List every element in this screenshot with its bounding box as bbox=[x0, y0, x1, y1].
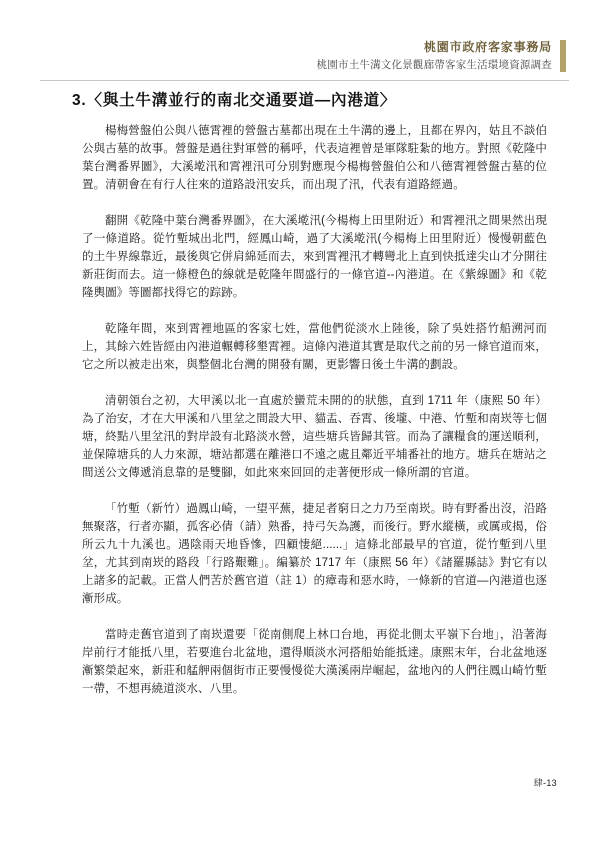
header-subtitle: 桃園市土牛溝文化景觀廊帶客家生活環境資源調查 bbox=[317, 58, 552, 72]
header-text-block: 桃園市政府客家事務局 桃園市土牛溝文化景觀廊帶客家生活環境資源調查 bbox=[317, 40, 552, 72]
body-paragraph: 翻開《乾隆中葉台灣番界圖》，在大溪墘汛(今楊梅上田里附近）和霄裡汛之間果然出現了… bbox=[82, 212, 547, 302]
body-paragraph: 「竹塹（新竹）過鳳山崎，一望平蕪，捷足者窮日之力乃至南崁。時有野番出沒，沿路無聚… bbox=[82, 500, 547, 608]
page-title: 3.〈與土牛溝並行的南北交通要道—內港道〉 bbox=[72, 88, 396, 110]
header-org: 桃園市政府客家事務局 bbox=[317, 40, 552, 55]
header-divider bbox=[40, 80, 569, 81]
page-number: 肆-13 bbox=[0, 776, 557, 789]
page-header: 桃園市政府客家事務局 桃園市土牛溝文化景觀廊帶客家生活環境資源調查 bbox=[317, 40, 566, 72]
header-accent-bar bbox=[560, 40, 566, 72]
body-paragraph: 清朝領台之初，大甲溪以北一直處於蠻荒未開的的狀態，直到 1711 年（康熙 50… bbox=[82, 392, 547, 482]
body-text: 楊梅營盤伯公與八德霄裡的營盤古墓都出現在土牛溝的邊上，且都在界內，姑且不談伯公與… bbox=[82, 122, 547, 716]
body-paragraph: 當時走舊官道到了南崁還要「從南側爬上林口台地，再從北側太平嶺下台地」，沿著海岸前… bbox=[82, 626, 547, 698]
body-paragraph: 楊梅營盤伯公與八德霄裡的營盤古墓都出現在土牛溝的邊上，且都在界內，姑且不談伯公與… bbox=[82, 122, 547, 194]
document-page: 桃園市政府客家事務局 桃園市土牛溝文化景觀廊帶客家生活環境資源調查 3.〈與土牛… bbox=[0, 0, 600, 848]
body-paragraph: 乾隆年間，來到霄裡地區的客家七姓，當他們從淡水上陸後，除了吳姓搭竹船溯河而上，其… bbox=[82, 320, 547, 374]
